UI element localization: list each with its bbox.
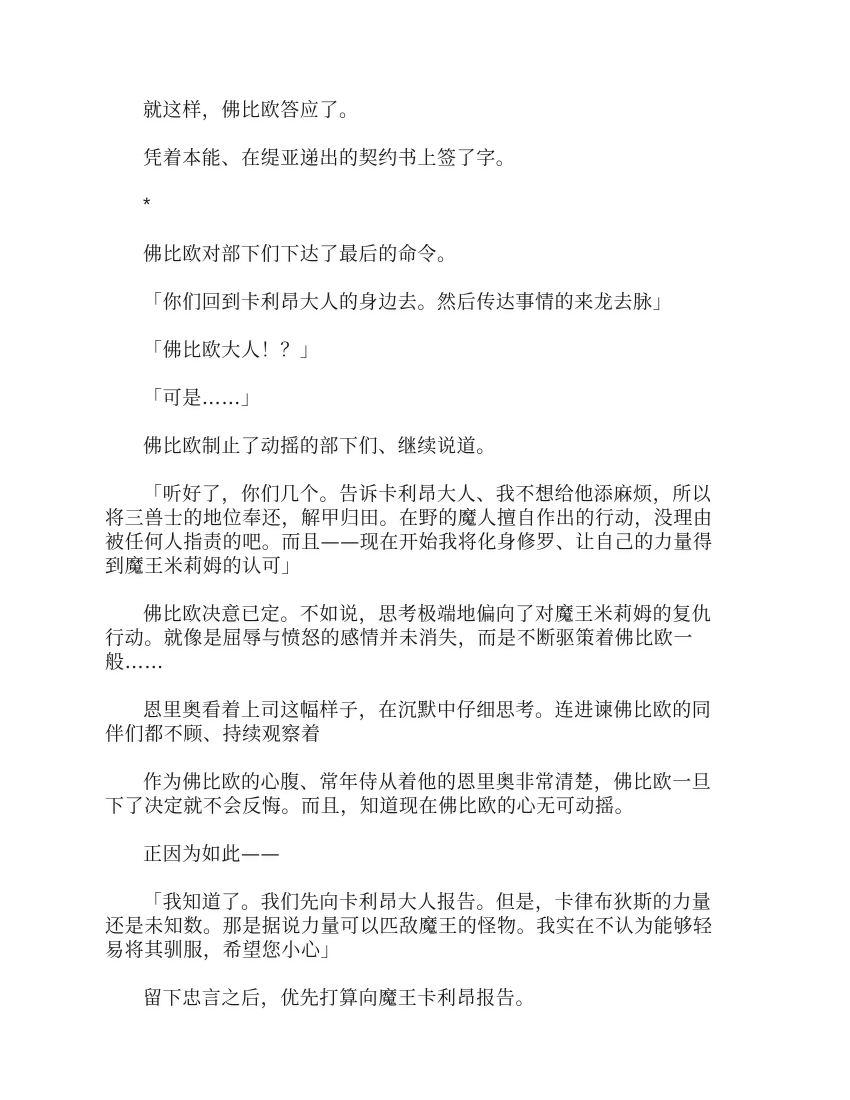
paragraph-10: 佛比欧决意已定。不如说，思考极端地偏向了对魔王米莉姆的复仇 行动。就像是屈辱与愤…	[105, 602, 745, 674]
text-line: 下了决定就不会反悔。而且，知道现在佛比欧的心无可动摇。	[105, 794, 745, 818]
paragraph-4: 佛比欧对部下们下达了最后的命令。	[105, 242, 745, 266]
dialogue-6: 「佛比欧大人！？」	[105, 338, 745, 362]
text-line: 伴们都不顾、持续观察着	[105, 722, 745, 746]
text-line: 「佛比欧大人！？」	[105, 338, 745, 362]
text-line: 佛比欧对部下们下达了最后的命令。	[105, 242, 745, 266]
dialogue-5: 「你们回到卡利昂大人的身边去。然后传达事情的来龙去脉」	[105, 290, 745, 314]
asterisk-separator: *	[105, 194, 745, 218]
paragraph-11: 恩里奥看着上司这幅样子，在沉默中仔细思考。连进谏佛比欧的同 伴们都不顾、持续观察…	[105, 698, 745, 746]
text-line: 佛比欧制止了动摇的部下们、继续说道。	[105, 434, 745, 458]
document-page: 就这样，佛比欧答应了。 凭着本能、在缇亚递出的契约书上签了字。 * 佛比欧对部下…	[105, 98, 745, 1034]
paragraph-15: 留下忠言之后，优先打算向魔王卡利昂报告。	[105, 986, 745, 1010]
text-line: 易将其驯服，希望您小心」	[105, 938, 745, 962]
text-line: 凭着本能、在缇亚递出的契约书上签了字。	[105, 146, 745, 170]
paragraph-1: 就这样，佛比欧答应了。	[105, 98, 745, 122]
paragraph-13: 正因为如此——	[105, 842, 745, 866]
text-line: 「你们回到卡利昂大人的身边去。然后传达事情的来龙去脉」	[105, 290, 745, 314]
scene-separator: *	[105, 194, 745, 218]
text-line: 到魔王米莉姆的认可」	[105, 554, 745, 578]
text-line: 作为佛比欧的心腹、常年侍从着他的恩里奥非常清楚，佛比欧一旦	[105, 770, 745, 794]
text-line: 留下忠言之后，优先打算向魔王卡利昂报告。	[105, 986, 745, 1010]
text-line: 「我知道了。我们先向卡利昂大人报告。但是，卡律布狄斯的力量	[105, 890, 745, 914]
dialogue-14: 「我知道了。我们先向卡利昂大人报告。但是，卡律布狄斯的力量 还是未知数。那是据说…	[105, 890, 745, 962]
text-line: 般……	[105, 650, 745, 674]
dialogue-7: 「可是……」	[105, 386, 745, 410]
paragraph-12: 作为佛比欧的心腹、常年侍从着他的恩里奥非常清楚，佛比欧一旦 下了决定就不会反悔。…	[105, 770, 745, 818]
paragraph-8: 佛比欧制止了动摇的部下们、继续说道。	[105, 434, 745, 458]
text-line: 将三兽士的地位奉还，解甲归田。在野的魔人擅自作出的行动，没理由	[105, 506, 745, 530]
text-line: 被任何人指责的吧。而且——现在开始我将化身修罗、让自己的力量得	[105, 530, 745, 554]
text-line: 还是未知数。那是据说力量可以匹敌魔王的怪物。我实在不认为能够轻	[105, 914, 745, 938]
text-line: 正因为如此——	[105, 842, 745, 866]
text-line: 行动。就像是屈辱与愤怒的感情并未消失，而是不断驱策着佛比欧一	[105, 626, 745, 650]
text-line: 「可是……」	[105, 386, 745, 410]
text-line: 佛比欧决意已定。不如说，思考极端地偏向了对魔王米莉姆的复仇	[105, 602, 745, 626]
paragraph-2: 凭着本能、在缇亚递出的契约书上签了字。	[105, 146, 745, 170]
text-line: 就这样，佛比欧答应了。	[105, 98, 745, 122]
dialogue-9: 「听好了，你们几个。告诉卡利昂大人、我不想给他添麻烦，所以 将三兽士的地位奉还，…	[105, 482, 745, 578]
text-line: 「听好了，你们几个。告诉卡利昂大人、我不想给他添麻烦，所以	[105, 482, 745, 506]
text-line: 恩里奥看着上司这幅样子，在沉默中仔细思考。连进谏佛比欧的同	[105, 698, 745, 722]
